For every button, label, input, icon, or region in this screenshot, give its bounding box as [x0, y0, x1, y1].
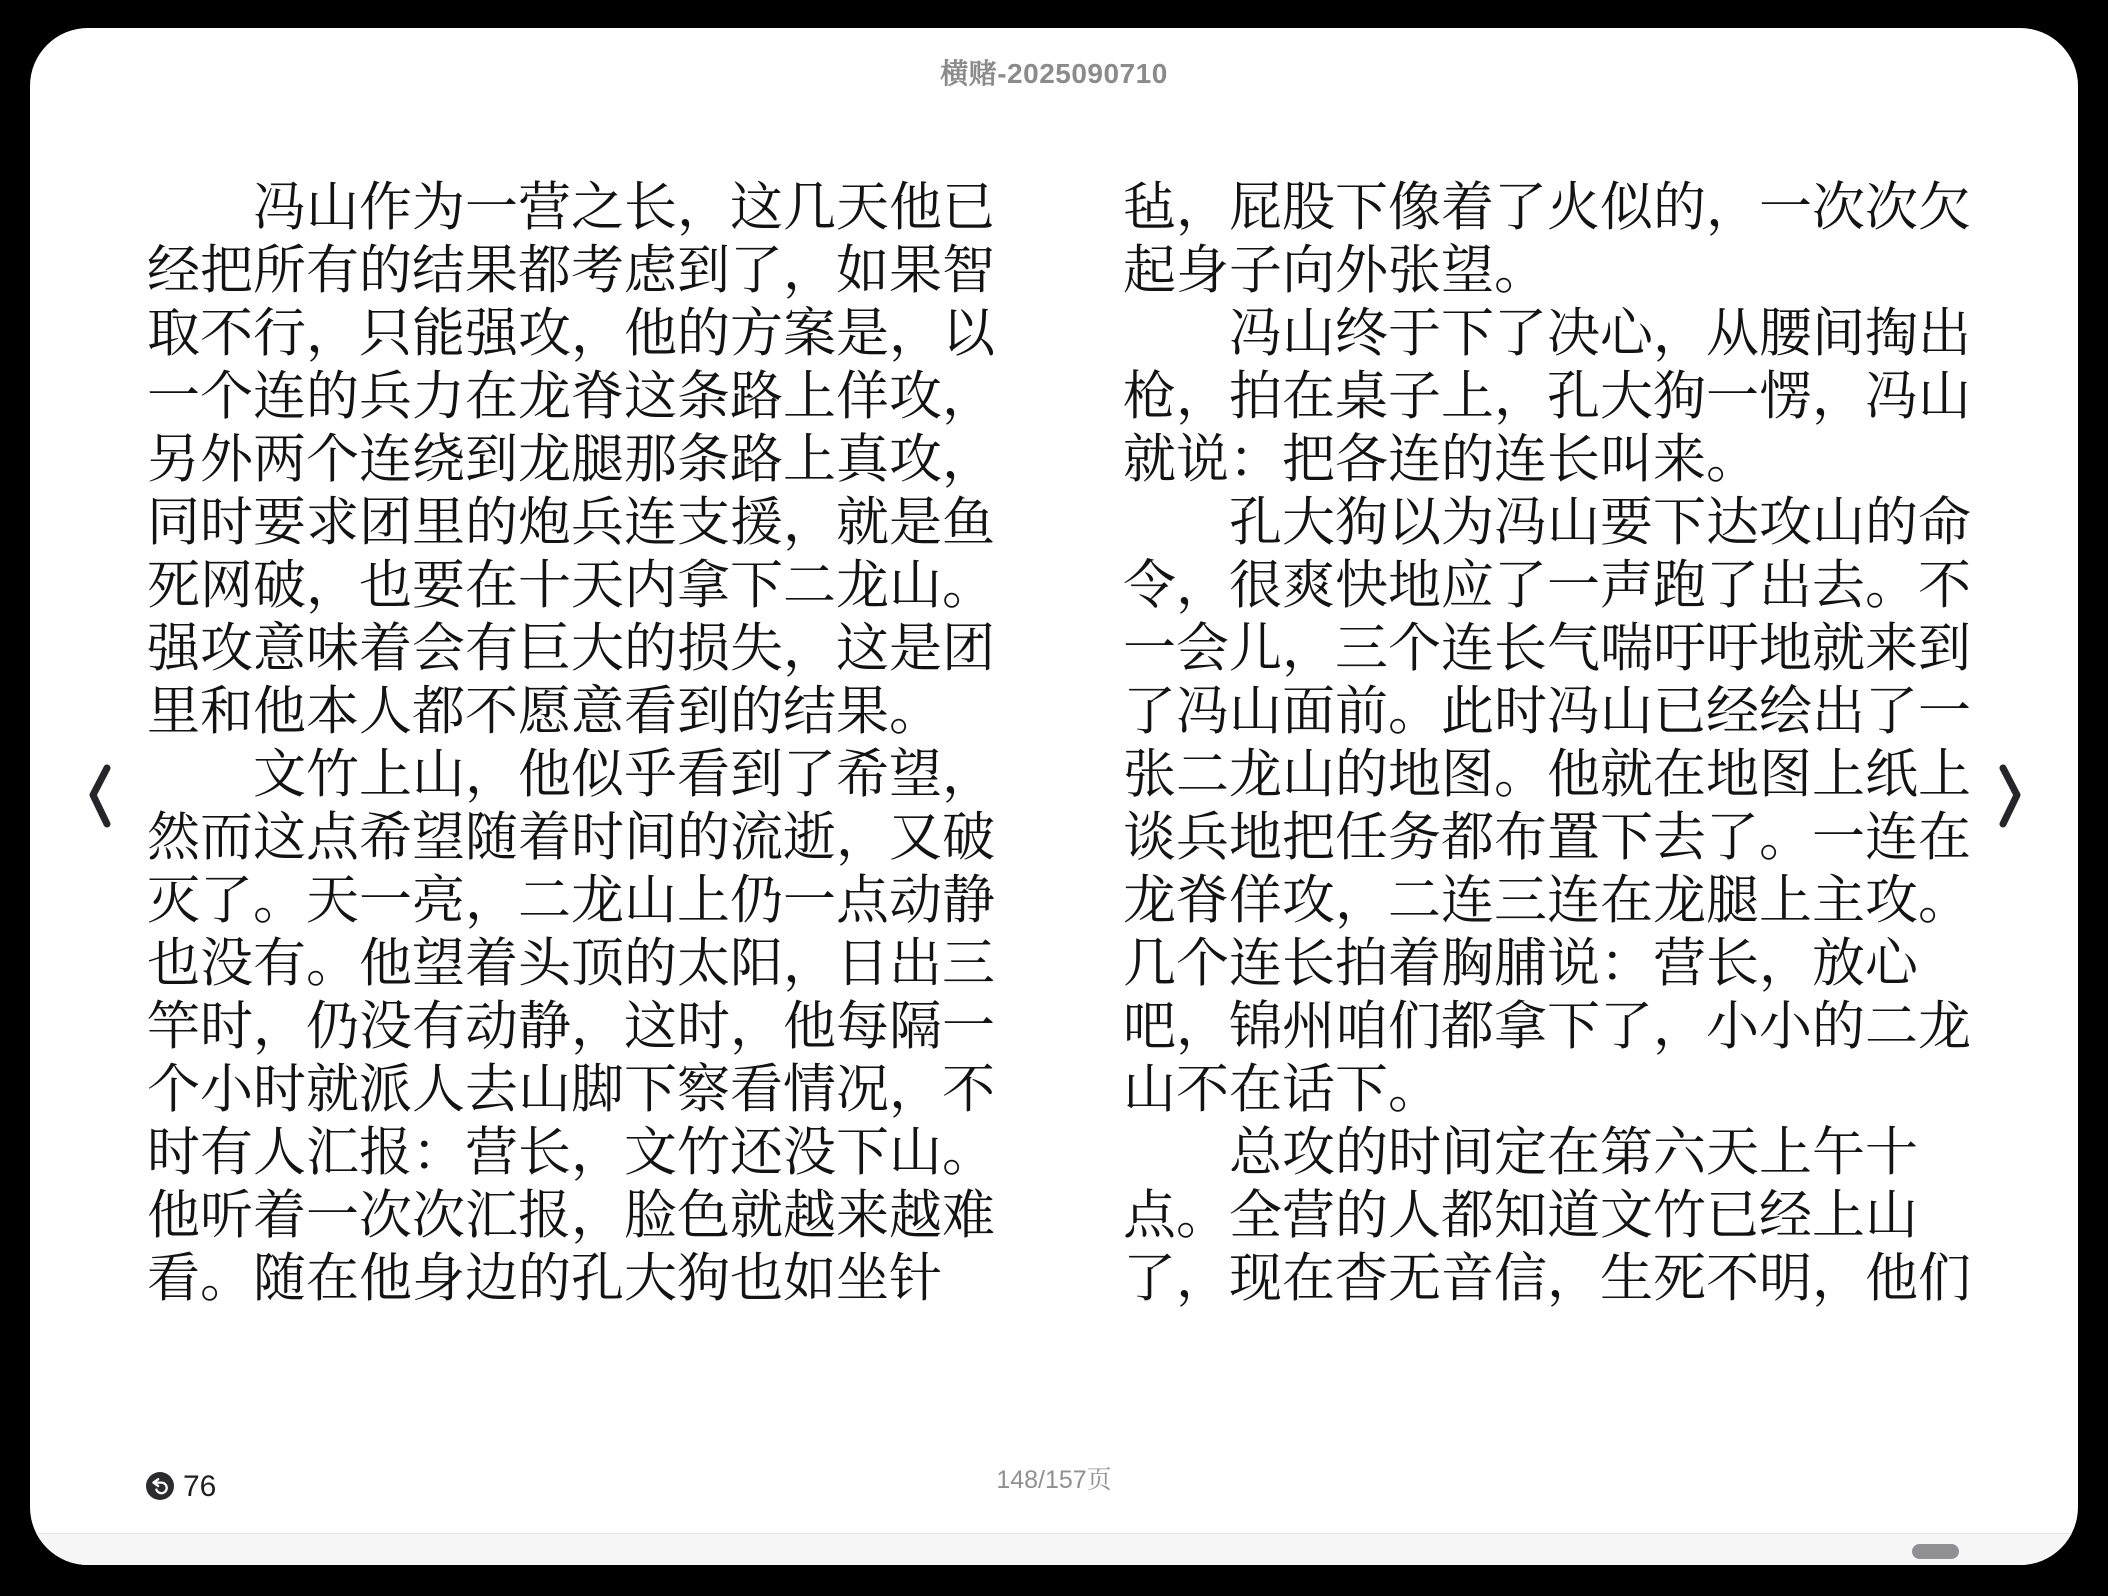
text-line: 同时要求团里的炮兵连支援，就是鱼: [147, 491, 1027, 554]
text-line: 起身子向外张望。: [1123, 239, 2003, 302]
text-line: 一个连的兵力在龙脊这条路上佯攻，: [147, 365, 1027, 428]
text-line: 灭了。天一亮，二龙山上仍一点动静: [147, 869, 1027, 932]
text-line: 谈兵地把任务都布置下去了。一连在: [1123, 806, 2003, 869]
text-line: 点。全营的人都知道文竹已经上山: [1123, 1184, 2003, 1247]
text-line: 龙脊佯攻，二连三连在龙腿上主攻。: [1123, 869, 2003, 932]
left-text-column: 冯山作为一营之长，这几天他已经把所有的结果都考虑到了，如果智取不行，只能强攻，他…: [147, 176, 1027, 1310]
text-line: 山不在话下。: [1123, 1058, 2003, 1121]
text-line: 一会儿，三个连长气喘吁吁地就来到: [1123, 617, 2003, 680]
right-text-column: 毡，屁股下像着了火似的，一次次欠起身子向外张望。 冯山终于下了决心，从腰间掏出枪…: [1123, 176, 2003, 1310]
text-line: 冯山终于下了决心，从腰间掏出: [1123, 302, 2003, 365]
previous-page-button[interactable]: [78, 761, 122, 833]
page-indicator: 148/157页: [30, 1460, 2078, 1496]
text-line: 个小时就派人去山脚下察看情况，不: [147, 1058, 1027, 1121]
text-line: 也没有。他望着头顶的太阳，日出三: [147, 932, 1027, 995]
progress-handle[interactable]: [1912, 1544, 1959, 1559]
text-line: 文竹上山，他似乎看到了希望，: [147, 743, 1027, 806]
text-line: 几个连长拍着胸脯说：营长，放心: [1123, 932, 2003, 995]
text-line: 竿时，仍没有动静，这时，他每隔一: [147, 995, 1027, 1058]
text-line: 就说：把各连的连长叫来。: [1123, 428, 2003, 491]
progress-bar-track: [30, 1533, 2078, 1565]
text-line: 另外两个连绕到龙腿那条路上真攻，: [147, 428, 1027, 491]
text-line: 了，现在杳无音信，生死不明，他们: [1123, 1247, 2003, 1310]
chevron-left-icon: [87, 764, 113, 831]
text-line: 经把所有的结果都考虑到了，如果智: [147, 239, 1027, 302]
next-page-button[interactable]: [1988, 761, 2032, 833]
text-line: 然而这点希望随着时间的流逝，又破: [147, 806, 1027, 869]
chevron-right-icon: [1997, 764, 2023, 831]
text-line: 他听着一次次汇报，脸色就越来越难: [147, 1184, 1027, 1247]
text-line: 取不行，只能强攻，他的方案是，以: [147, 302, 1027, 365]
text-line: 吧，锦州咱们都拿下了，小小的二龙: [1123, 995, 2003, 1058]
text-line: 冯山作为一营之长，这几天他已: [147, 176, 1027, 239]
text-line: 死网破，也要在十天内拿下二龙山。: [147, 554, 1027, 617]
book-title: 横赌-2025090710: [30, 52, 2078, 92]
text-line: 了冯山面前。此时冯山已经绘出了一: [1123, 680, 2003, 743]
text-line: 看。随在他身边的孔大狗也如坐针: [147, 1247, 1027, 1310]
text-line: 时有人汇报：营长，文竹还没下山。: [147, 1121, 1027, 1184]
text-line: 张二龙山的地图。他就在地图上纸上: [1123, 743, 2003, 806]
text-line: 毡，屁股下像着了火似的，一次次欠: [1123, 176, 2003, 239]
text-line: 令，很爽快地应了一声跑了出去。不: [1123, 554, 2003, 617]
text-line: 孔大狗以为冯山要下达攻山的命: [1123, 491, 2003, 554]
text-line: 总攻的时间定在第六天上午十: [1123, 1121, 2003, 1184]
reader-screen: 横赌-2025090710 冯山作为一营之长，这几天他已经把所有的结果都考虑到了…: [30, 28, 2078, 1565]
text-line: 里和他本人都不愿意看到的结果。: [147, 680, 1027, 743]
text-line: 强攻意味着会有巨大的损失，这是团: [147, 617, 1027, 680]
text-line: 枪，拍在桌子上，孔大狗一愣，冯山: [1123, 365, 2003, 428]
